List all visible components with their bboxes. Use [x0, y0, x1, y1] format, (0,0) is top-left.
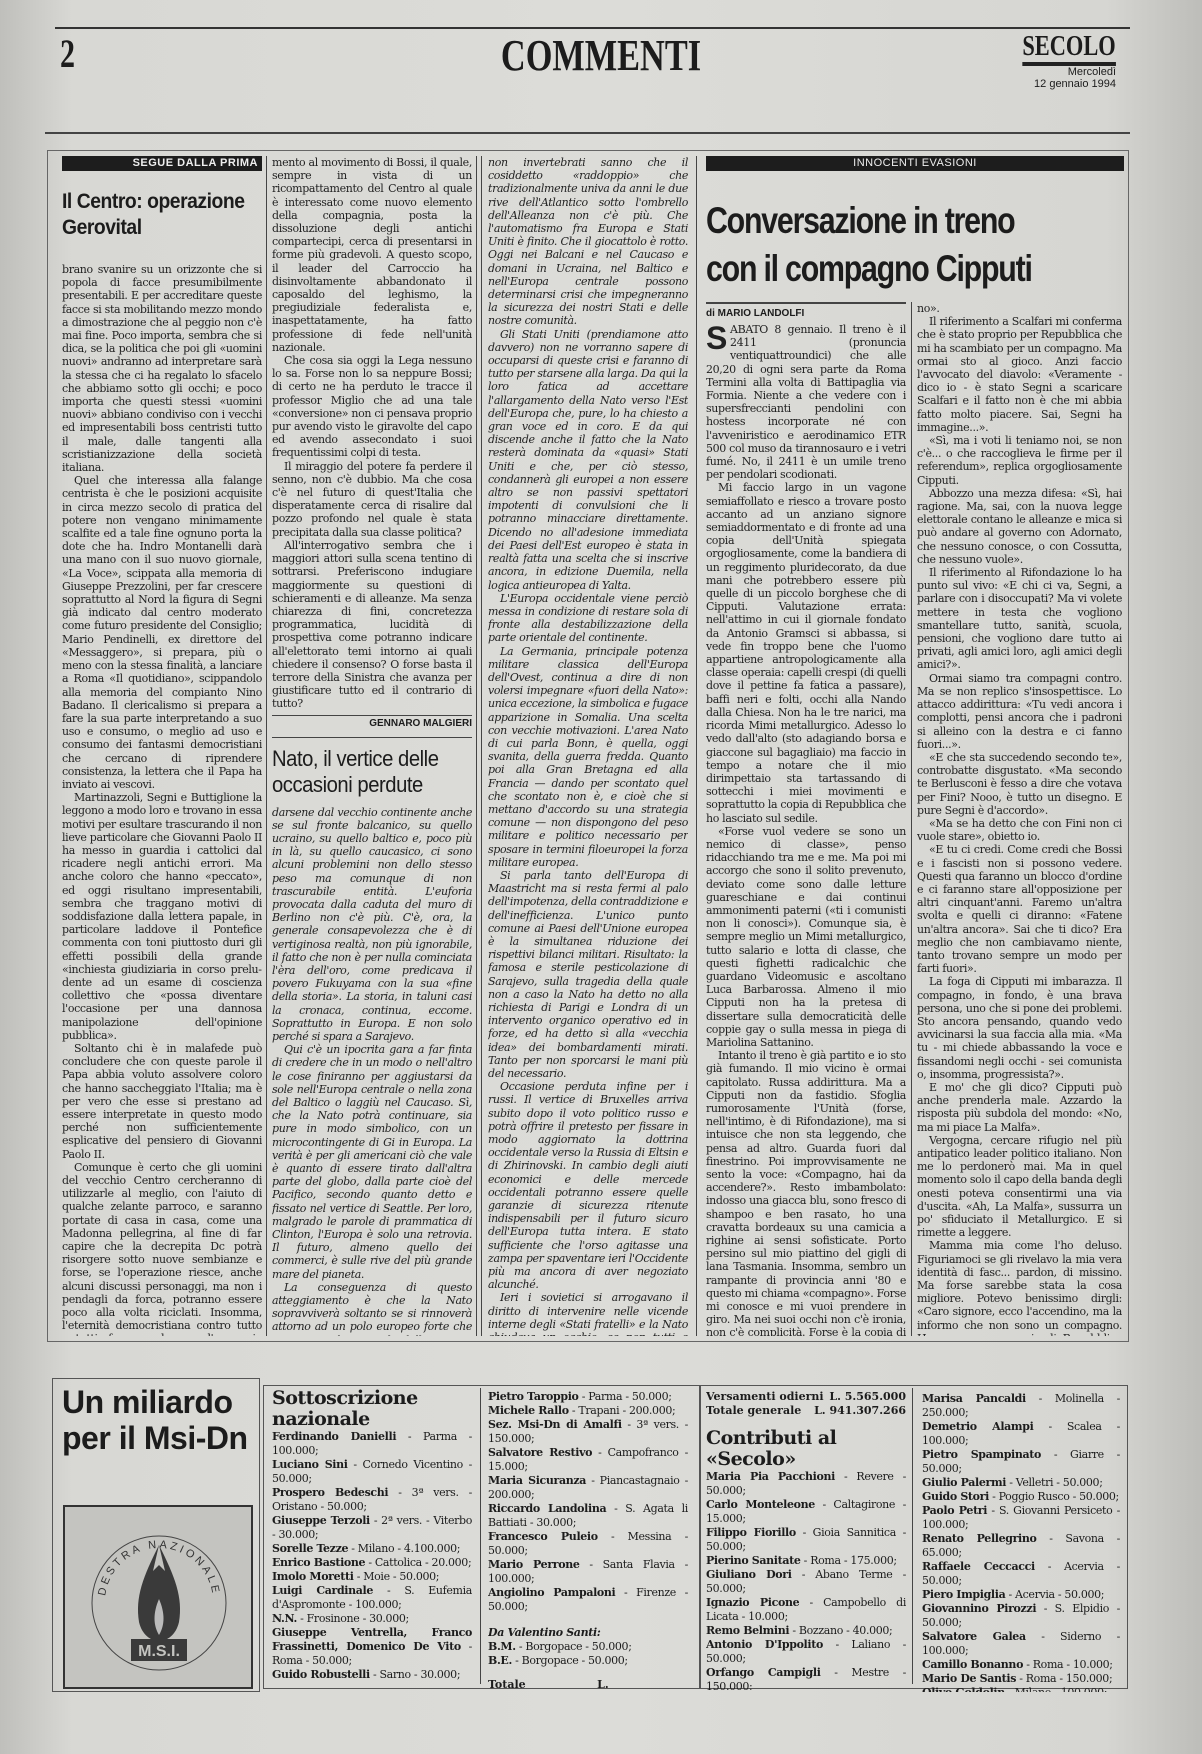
section-title: COMMENTI [132, 30, 1070, 81]
donor-name: Salvatore Restivo [488, 1446, 592, 1459]
subscription-list-col1: Sottoscrizione nazionale Ferdinando Dani… [272, 1388, 472, 1688]
total-label: Totale precedente [488, 1678, 597, 1690]
donor-name: Marisa Pancaldi [922, 1392, 1026, 1405]
article-paragraph: Quel che interessa alla falange centrist… [62, 474, 262, 791]
total-row: Versamenti odierniL. 5.565.000 [706, 1390, 906, 1404]
donor-detail: - Roma - 175.000; [801, 1554, 897, 1567]
donor-detail: - Moie - 50.000; [354, 1570, 440, 1583]
newspaper-name: SECOLO [1023, 32, 1116, 66]
donor-name: Sez. Msi-Dn di Amalfi [488, 1418, 622, 1431]
donor-name: Remo Belmini [706, 1624, 789, 1637]
donor-entry: B.E. - Borgopace - 50.000; [488, 1654, 688, 1668]
donor-entry: Salvatore Restivo - Campofranco - 15.000… [488, 1446, 688, 1474]
donor-detail: - Milano - 4.100.000; [348, 1542, 460, 1555]
donor-name: N.N. [272, 1612, 297, 1625]
donor-name: Giuseppe Terzoli [272, 1514, 370, 1527]
article-paragraph: ABATO 8 gennaio. Il treno è il 2411 (pro… [706, 323, 906, 481]
donor-entry: Maria Pia Pacchioni - Revere - 50.000; [706, 1470, 906, 1498]
total-row: Totale generaleL. 941.307.266 [706, 1404, 906, 1418]
contributions-list-col1: Versamenti odierniL. 5.565.000Totale gen… [706, 1390, 906, 1690]
donor-name: Pierino Sanitate [706, 1554, 801, 1567]
article-paragraph: Occasione perduta infine per i russi. Il… [488, 1080, 688, 1291]
article-paragraph: Ieri i sovietici si arrogavano il diritt… [488, 1291, 688, 1336]
donor-entry: Salvatore Galea - Siderno - 100.000; [922, 1630, 1120, 1658]
column-divider [480, 1388, 481, 1684]
donor-entry: Renato Pellegrino - Savona - 65.000; [922, 1532, 1120, 1560]
donor-name: Guido Robustelli [272, 1668, 370, 1681]
donor-entry: Camillo Bonanno - Roma - 10.000; [922, 1658, 1120, 1672]
article-paragraph: Ormai siamo tra compagni contro. Ma se n… [917, 672, 1122, 751]
article-cipputi-header: INNOCENTI EVASIONI Conversazione in tren… [706, 156, 1124, 296]
dropcap-letter: S [706, 325, 727, 351]
subgroup-title: Da Valentino Santi: [488, 1626, 688, 1640]
donor-name: Pietro Spampinato [922, 1448, 1041, 1461]
donor-entry: N.N. - Frosinone - 30.000; [272, 1612, 472, 1626]
article-nato-title: Nato, il vertice delle occasioni perdute [272, 746, 461, 798]
donor-entry: Guido Robustelli - Sarno - 30.000; [272, 1668, 472, 1682]
donor-name: Piero Impiglia [922, 1588, 1005, 1601]
article-paragraph: Qui c'è un ipocrita gara a far finta di … [272, 1043, 472, 1281]
donor-detail: - Bozzano - 40.000; [789, 1624, 892, 1637]
subscription-title: Sottoscrizione nazionale [272, 1388, 472, 1430]
column-divider [911, 302, 912, 1336]
donor-entry: Pierino Sanitate - Roma - 175.000; [706, 1554, 906, 1568]
promo-box: Un miliardo per il Msi-Dn [62, 1384, 252, 1494]
donor-entry: Demetrio Alampi - Scalea - 100.000; [922, 1420, 1120, 1448]
flame-emblem-icon: DESTRA NAZIONALE M.S.I. [65, 1507, 251, 1687]
donor-entry: Ferdinando Danielli - Parma - 100.000; [272, 1430, 472, 1458]
donor-entry: Filippo Fiorillo - Gioia Sannitica - 50.… [706, 1526, 906, 1554]
donor-name: Orfango Campigli [706, 1666, 821, 1679]
donor-name: Enrico Bastione [272, 1556, 365, 1569]
article-centro-title: Il Centro: operazione Gerovital [62, 189, 251, 241]
donor-name: Giuliano Dori [706, 1568, 792, 1581]
donor-entry: Olivo Goldolin - Milano - 100.000; [922, 1686, 1120, 1692]
article-cipputi-body-col1: S ABATO 8 gennaio. Il treno è il 2411 (p… [706, 323, 906, 1336]
donor-entry: Mario De Santis - Roma - 150.000; [922, 1672, 1120, 1686]
article-nato-body-col1: darsene dal vecchio continente anche se … [272, 806, 472, 1336]
donor-name: Maria Pia Pacchioni [706, 1470, 835, 1483]
article-paragraph: La foga di Cipputi mi imbarazza. Il comp… [917, 975, 1122, 1081]
article-paragraph: «E che sta succedendo secondo te», contr… [917, 751, 1122, 817]
donor-detail: - Cattolica - 20.000; [365, 1556, 471, 1569]
donor-name: Giuseppe Ventrella, Franco Frassinetti, … [272, 1626, 472, 1653]
donor-name: Antonio D'Ippolito [706, 1638, 823, 1651]
page-number: 2 [60, 30, 74, 77]
donor-entry: Michele Rallo - Trapani - 200.000; [488, 1404, 688, 1418]
article-centro-col2: mento al movimento di Bossi, il quale, s… [272, 156, 472, 1336]
promo-title: Un miliardo per il Msi-Dn [62, 1384, 252, 1456]
author-gennaro-malgieri: GENNARO MALGIERI [272, 715, 472, 729]
msi-logo-box: DESTRA NAZIONALE M.S.I. [63, 1505, 253, 1689]
donor-entry: B.M. - Borgopace - 50.000; [488, 1640, 688, 1654]
article-paragraph: Intanto il treno è già partito e io sto … [706, 1049, 906, 1336]
total-row: Totale precedenteL. 935.742.266 [488, 1678, 688, 1690]
donor-name: Ignazio Picone [706, 1596, 799, 1609]
donor-name: Imolo Moretti [272, 1570, 354, 1583]
donor-name: Prospero Bedeschi [272, 1486, 388, 1499]
donor-name: Renato Pellegrino [922, 1532, 1037, 1545]
donor-name: Giovannino Pirozzi [922, 1602, 1036, 1615]
kicker-innocenti-evasioni: INNOCENTI EVASIONI [706, 156, 1124, 171]
donor-entry: Raffaele Ceccacci - Acervia - 50.000; [922, 1560, 1120, 1588]
donor-entry: Carlo Monteleone - Caltagirone - 15.000; [706, 1498, 906, 1526]
donor-detail: - Roma - 150.000; [1016, 1672, 1112, 1685]
donor-entry: Prospero Bedeschi - 3ª vers. - Oristano … [272, 1486, 472, 1514]
article-paragraph: All'interrogativo sembra che i maggiori … [272, 539, 472, 711]
donor-entry: Giuseppe Terzoli - 2ª vers. - Viterbo - … [272, 1514, 472, 1542]
article-centro-body-col1: brano svanire su un orizzonte che si pop… [62, 263, 262, 1336]
donor-name: Riccardo Landolina [488, 1502, 606, 1515]
article-paragraph: Che cosa sia oggi la Lega nessuno lo sa.… [272, 354, 472, 460]
donor-detail: - Sarno - 30.000; [370, 1668, 460, 1681]
newspaper-brand: SECOLO Mercoledì 12 gennaio 1994 [999, 32, 1116, 90]
article-paragraph: La conseguenza di questo atteggiamento è… [272, 1281, 472, 1336]
donor-detail: - Poggio Rusco - 50.000; [989, 1490, 1119, 1503]
donor-name: Olivo Goldolin [922, 1686, 1005, 1692]
contributions-title: Contributi al «Secolo» [706, 1428, 906, 1470]
article-paragraph: La Germania, principale potenza militare… [488, 645, 688, 869]
donor-name: Camillo Bonanno [922, 1658, 1023, 1671]
donor-name: Mario Perrone [488, 1558, 580, 1571]
donor-name: Pietro Taroppio [488, 1390, 579, 1403]
donor-name: B.M. [488, 1640, 516, 1653]
donor-name: B.E. [488, 1654, 512, 1667]
column-divider [476, 156, 482, 1336]
article-paragraph: non invertebrati sanno che il cosiddetto… [488, 156, 688, 328]
donor-name: Carlo Monteleone [706, 1498, 815, 1511]
donor-name: Luciano Sini [272, 1458, 348, 1471]
article-paragraph: Il miraggio del potere fa perdere il sen… [272, 460, 472, 539]
donor-entry: Pietro Taroppio - Parma - 50.000; [488, 1390, 688, 1404]
article-paragraph: L'Europa occidentale viene perciò messa … [488, 592, 688, 645]
donor-name: Maria Sicuranza [488, 1474, 586, 1487]
article-cipputi-title-line2: con il compagno Cipputi [706, 245, 1124, 293]
donor-entry: Giuseppe Ventrella, Franco Frassinetti, … [272, 1626, 472, 1668]
donor-entry: Riccardo Landolina - S. Agata li Battiat… [488, 1502, 688, 1530]
top-rule [55, 27, 1130, 29]
total-value: L. 935.742.266 [597, 1678, 688, 1690]
svg-text:M.S.I.: M.S.I. [138, 1643, 180, 1660]
article-nato-col2: non invertebrati sanno che il cosiddetto… [488, 156, 688, 1336]
donor-detail: - Frosinone - 30.000; [297, 1612, 409, 1625]
subscription-list-col2: Pietro Taroppio - Parma - 50.000;Michele… [488, 1390, 688, 1690]
donor-detail: - Borgopace - 50.000; [512, 1654, 628, 1667]
donor-entry: Paolo Petri - S. Giovanni Persiceto - 10… [922, 1504, 1120, 1532]
donor-detail: - Velletri - 50.000; [1006, 1476, 1102, 1489]
donor-name: Mario De Santis [922, 1672, 1016, 1685]
donor-detail: - Milano - 100.000; [1005, 1686, 1107, 1692]
donor-entry: Remo Belmini - Bozzano - 40.000; [706, 1624, 906, 1638]
column-divider [266, 156, 267, 1336]
article-paragraph: mento al movimento di Bossi, il quale, s… [272, 156, 472, 354]
donor-detail: - Acervia - 50.000; [1005, 1588, 1104, 1601]
article-cipputi-col1: di MARIO LANDOLFI S ABATO 8 gennaio. Il … [706, 302, 906, 1336]
article-paragraph: Soltanto chi è in malafede può concluder… [62, 1042, 262, 1161]
donor-entry: Francesco Puleio - Messina - 50.000; [488, 1530, 688, 1558]
donor-entry: Enrico Bastione - Cattolica - 20.000; [272, 1556, 472, 1570]
article-paragraph: Martinazzoli, Segni e Buttiglione la leg… [62, 791, 262, 1042]
donor-entry: Guido Stori - Poggio Rusco - 50.000; [922, 1490, 1120, 1504]
kicker-segue-dalla-prima: SEGUE DALLA PRIMA [62, 156, 262, 171]
donor-name: Sorelle Tezze [272, 1542, 348, 1555]
total-value: L. 5.565.000 [829, 1390, 906, 1404]
column-divider [912, 1388, 913, 1684]
article-paragraph: «Forse vuol vedere se sono un nemico di … [706, 825, 906, 1049]
donor-name: Angiolino Pampaloni [488, 1586, 615, 1599]
donor-entry: Piero Impiglia - Acervia - 50.000; [922, 1588, 1120, 1602]
article-paragraph: «Ma se ha detto che con Fini non ci vuol… [917, 817, 1122, 843]
donor-name: Demetrio Alampi [922, 1420, 1033, 1433]
donor-name: Raffaele Ceccacci [922, 1560, 1035, 1573]
article-paragraph: «Sì, ma i voti li teniamo noi, se non c'… [917, 434, 1122, 487]
article-centro-col1: SEGUE DALLA PRIMA Il Centro: operazione … [62, 156, 262, 1336]
article-paragraph: Gli Stati Uniti (prendiamone atto davver… [488, 328, 688, 592]
donor-name: Salvatore Galea [922, 1630, 1026, 1643]
article-paragraph: Mi faccio largo in un vagone semiaffolla… [706, 481, 906, 824]
donor-entry: Pietro Spampinato - Giarre - 50.000; [922, 1448, 1120, 1476]
donor-entry: Orfango Campigli - Mestre - 150.000; [706, 1666, 906, 1690]
author-mario-landolfi: di MARIO LANDOLFI [706, 302, 906, 319]
article-paragraph: no». [917, 302, 1122, 315]
donor-entry: Maria Sicuranza - Piancastagnaio - 200.0… [488, 1474, 688, 1502]
article-paragraph: Abbozzo una mezza difesa: «Sì, hai ragio… [917, 487, 1122, 566]
donor-entry: Mario Perrone - Santa Flavia - 100.000; [488, 1558, 688, 1586]
donor-name: Francesco Puleio [488, 1530, 598, 1543]
donor-entry: Antonio D'Ippolito - Laliano - 50.000; [706, 1638, 906, 1666]
donor-name: Giulio Palermi [922, 1476, 1006, 1489]
donor-entry: Giovannino Pirozzi - S. Elpidio - 50.000… [922, 1602, 1120, 1630]
column-divider [696, 156, 697, 1336]
article-paragraph: E mo' che gli dico? Cipputi può anche pr… [917, 1081, 1122, 1134]
donor-entry: Luigi Cardinale - S. Eufemia d'Aspromont… [272, 1584, 472, 1612]
article-cipputi-title-line1: Conversazione in treno [706, 197, 1124, 245]
article-paragraph: Il riferimento a Scalfari mi conferma ch… [917, 315, 1122, 434]
article-paragraph: Il riferimento al Rifondazione lo ha pun… [917, 566, 1122, 672]
donor-name: Guido Stori [922, 1490, 989, 1503]
total-label: Totale generale [706, 1404, 801, 1418]
donor-detail: - Trapani - 200.000; [569, 1404, 676, 1417]
donor-name: Ferdinando Danielli [272, 1430, 396, 1443]
article-paragraph: Comunque è certo che gli uomini del vecc… [62, 1161, 262, 1336]
article-paragraph: Vergogna, cercare rifugio nel più antipa… [917, 1134, 1122, 1240]
content-rule [45, 132, 1130, 134]
donor-entry: Sez. Msi-Dn di Amalfi - 3ª vers. - 150.0… [488, 1418, 688, 1446]
donor-name: Paolo Petri [922, 1504, 987, 1517]
donor-detail: - Roma - 10.000; [1023, 1658, 1113, 1671]
issue-date: 12 gennaio 1994 [999, 78, 1116, 90]
total-label: Versamenti odierni [706, 1390, 824, 1404]
article-centro-body-col2: mento al movimento di Bossi, il quale, s… [272, 156, 472, 711]
donor-entry: Giuliano Dori - Abano Terme - 50.000; [706, 1568, 906, 1596]
donor-detail: - Borgopace - 50.000; [516, 1640, 632, 1653]
donor-detail: - Parma - 50.000; [579, 1390, 672, 1403]
donor-entry: Imolo Moretti - Moie - 50.000; [272, 1570, 472, 1584]
donor-entry: Ignazio Picone - Campobello di Licata - … [706, 1596, 906, 1624]
issue-weekday: Mercoledì [999, 66, 1116, 78]
donor-entry: Sorelle Tezze - Milano - 4.100.000; [272, 1542, 472, 1556]
article-cipputi-col2: no».Il riferimento a Scalfari mi conferm… [917, 302, 1122, 1336]
donor-entry: Angiolino Pampaloni - Firenze - 50.000; [488, 1586, 688, 1614]
article-paragraph: Si parla tanto dell'Europa di Maastricht… [488, 869, 688, 1080]
article-paragraph: brano svanire su un orizzonte che si pop… [62, 263, 262, 474]
article-nato-body-col2: non invertebrati sanno che il cosiddetto… [488, 156, 688, 1336]
donor-entry: Giulio Palermi - Velletri - 50.000; [922, 1476, 1120, 1490]
article-cipputi-body-col2: no».Il riferimento a Scalfari mi conferm… [917, 302, 1122, 1336]
newspaper-page: 2 COMMENTI SECOLO Mercoledì 12 gennaio 1… [0, 0, 1202, 1754]
donor-entry: Marisa Pancaldi - Molinella - 250.000; [922, 1392, 1120, 1420]
donor-name: Filippo Fiorillo [706, 1526, 796, 1539]
article-paragraph: Mamma mia come l'ho deluso. Figuriamoci … [917, 1239, 1122, 1336]
article-paragraph: «E tu ci credi. Come credi che Bossi e i… [917, 843, 1122, 975]
donor-entry: Luciano Sini - Cornedo Vicentino - 50.00… [272, 1458, 472, 1486]
donor-name: Michele Rallo [488, 1404, 569, 1417]
donor-name: Luigi Cardinale [272, 1584, 373, 1597]
total-value: L. 941.307.266 [814, 1404, 906, 1418]
contributions-list-col2: Marisa Pancaldi - Molinella - 250.000;De… [922, 1392, 1120, 1692]
article-paragraph: darsene dal vecchio continente anche se … [272, 806, 472, 1044]
